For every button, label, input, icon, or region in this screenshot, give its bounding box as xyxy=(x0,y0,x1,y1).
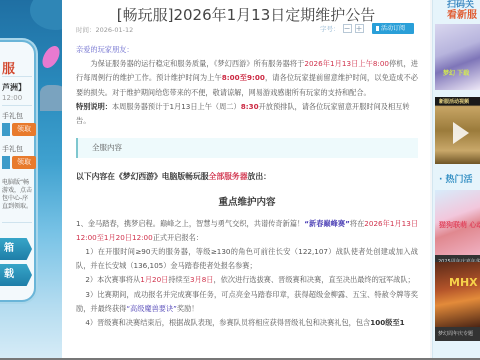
claim-button-2[interactable]: 领取 xyxy=(12,156,36,169)
article-panel: [畅玩服]2026年1月13日定期维护公告 时间：2026-01-12 字号： … xyxy=(62,0,430,360)
gift-label-2: 手礼包 xyxy=(2,144,23,154)
activity-caption-2[interactable]: 梦幻周年庆专题 xyxy=(435,327,480,341)
sub-item-4: 4）晋级赛和决赛结束后，根据战队表现，参赛队员将相应获得晋级礼包和决赛礼包，包含… xyxy=(76,316,418,330)
divider xyxy=(2,105,32,106)
server-gift-card: 服 芦洲】 12:00 手礼包 领取 手礼包 领取 电脑版“畅 游戏，点击 包中… xyxy=(0,40,36,302)
text: 为保证服务器的运行稳定和服务质量，《梦幻西游》所有服务器将于 xyxy=(90,59,304,68)
font-increase-button[interactable]: + xyxy=(355,24,364,33)
sub-item-3: 3）比赛期间，成功报名并完成赛事任务，可点亮金马踏春印章，获得超级金柳露、五宝、… xyxy=(76,288,418,316)
server-name: 芦洲】 xyxy=(2,82,26,93)
bookmark-icon xyxy=(376,26,379,31)
intro-paragraph: 为保证服务器的运行稳定和服务质量，《梦幻西游》所有服务器将于2026年1月13日… xyxy=(76,57,418,100)
section-header: 全服内容 xyxy=(76,138,418,158)
event-name: “新春巅峰赛” xyxy=(304,219,350,228)
text: ，依次进行选拔赛、晋级赛和决赛，直至决出最终的冠军战队； xyxy=(213,275,414,284)
promo-video-thumbnail[interactable]: 新服活动视频 xyxy=(435,97,480,164)
gift-label-1: 手礼包 xyxy=(2,111,23,121)
subscribe-button[interactable]: 活动订阅 xyxy=(372,23,414,34)
right-sidebar: 扫码关 看新服 梦幻 下载 新服活动视频 · 热门活 猫狗联萌 心动出击 202… xyxy=(432,0,480,360)
text: 2）本次赛事将从 xyxy=(85,275,140,284)
release-headline: 以下内容在《梦幻西游》电脑版畅玩服全部服务器放出： xyxy=(76,170,418,184)
special-label: 特别说明： xyxy=(76,102,112,111)
level-range: 100级至1 xyxy=(370,318,404,327)
font-size-label: 字号： xyxy=(320,24,340,33)
sub-item-1: 1）在开服时间≥90天的服务器，等级≥130的角色可前往长安（122,107）战… xyxy=(76,245,418,273)
font-size-control: 字号： − + xyxy=(320,24,364,33)
play-icon[interactable] xyxy=(453,122,469,144)
special-note: 特别说明：本周服务器预计于1月13日上午（周二）8:30开放预排队，请各位玩家留… xyxy=(76,100,418,128)
article-body: 亲爱的玩家朋友： 为保证服务器的运行稳定和服务质量，《梦幻西游》所有服务器将于2… xyxy=(76,43,418,330)
gift-code-2 xyxy=(2,156,10,169)
article-title: [畅玩服]2026年1月13日定期维护公告 xyxy=(62,4,430,25)
item-1: 1、金马踏春，携梦启程。巅峰之上，智慧与勇气交织，共谱传奇新篇！“新春巅峰赛”将… xyxy=(76,217,418,245)
focus-heading: 重点维护内容 xyxy=(76,196,418,210)
reward-name: “高级魔兽要诀” xyxy=(126,304,177,313)
promo-image-download[interactable]: 梦幻 下载 xyxy=(435,24,480,90)
font-decrease-button[interactable]: − xyxy=(343,24,352,33)
time-value: 2026-01-12 xyxy=(96,26,134,34)
queue-time: 8:30 xyxy=(241,102,259,111)
text: 奖励！ xyxy=(177,304,199,313)
maintenance-date: 2026年1月13日上午8:00 xyxy=(304,59,389,68)
text: 持续至 xyxy=(168,275,190,284)
divider xyxy=(2,76,32,77)
text: 本周服务器预计于1月13日上午（周二） xyxy=(112,102,241,111)
sub-item-2: 2）本次赛事将从1月20日持续至3月8日，依次进行选拔赛、晋级赛和决赛，直至决出… xyxy=(76,273,418,287)
image-label: 梦幻 下载 xyxy=(443,68,469,77)
server-time: 12:00 xyxy=(2,94,22,102)
left-decorative-panel: 服 芦洲】 12:00 手礼包 领取 手礼包 领取 电脑版“畅 游戏，点击 包中… xyxy=(0,0,62,360)
tab-box[interactable]: 箱 xyxy=(0,238,32,260)
card-title: 服 xyxy=(2,58,15,77)
activity-image-anniversary[interactable]: 猫狗联萌 心动出击 xyxy=(435,190,480,255)
end-date: 3月8日 xyxy=(190,275,214,284)
maintenance-window: 8:00至9:00 xyxy=(222,73,265,82)
activity-image-mhx[interactable]: MHX xyxy=(435,262,480,327)
decor-rock xyxy=(40,85,62,111)
highlight-all-servers: 全部服务器 xyxy=(209,172,248,181)
image-label: 新服活动视频 xyxy=(439,98,469,105)
divider xyxy=(2,222,32,223)
start-date: 1月20日 xyxy=(140,275,168,284)
note-line: 直到领取。 xyxy=(2,201,32,210)
promo-line-2[interactable]: 看新服 xyxy=(447,6,477,21)
gift-code-1 xyxy=(2,123,10,136)
claim-button-1[interactable]: 领取 xyxy=(12,123,36,136)
text: 放出： xyxy=(248,172,271,181)
text: 1、金马踏春，携梦启程。巅峰之上，智慧与勇气交织，共谱传奇新篇！ xyxy=(76,219,304,228)
tab-download[interactable]: 载 xyxy=(0,264,32,286)
hot-activities-heading: · 热门活 xyxy=(439,172,473,185)
time-label: 时间： xyxy=(76,26,96,34)
text: 将在 xyxy=(350,219,364,228)
greeting: 亲爱的玩家朋友： xyxy=(76,43,418,57)
text: 以下内容在《梦幻西游》电脑版畅玩服 xyxy=(76,172,209,181)
publish-time: 时间：2026-01-12 xyxy=(76,25,133,34)
text: 正式开启报名： xyxy=(153,233,203,242)
subscribe-label: 活动订阅 xyxy=(381,25,405,32)
decor-flower xyxy=(39,43,62,71)
text: 4）晋级赛和决赛结束后，根据战队表现，参赛队员将相应获得晋级礼包和决赛礼包，包含 xyxy=(85,318,370,327)
image-label: MHX xyxy=(449,276,478,289)
decor-blob xyxy=(30,0,62,30)
image-label: 猫狗联萌 心动出击 xyxy=(439,220,480,230)
